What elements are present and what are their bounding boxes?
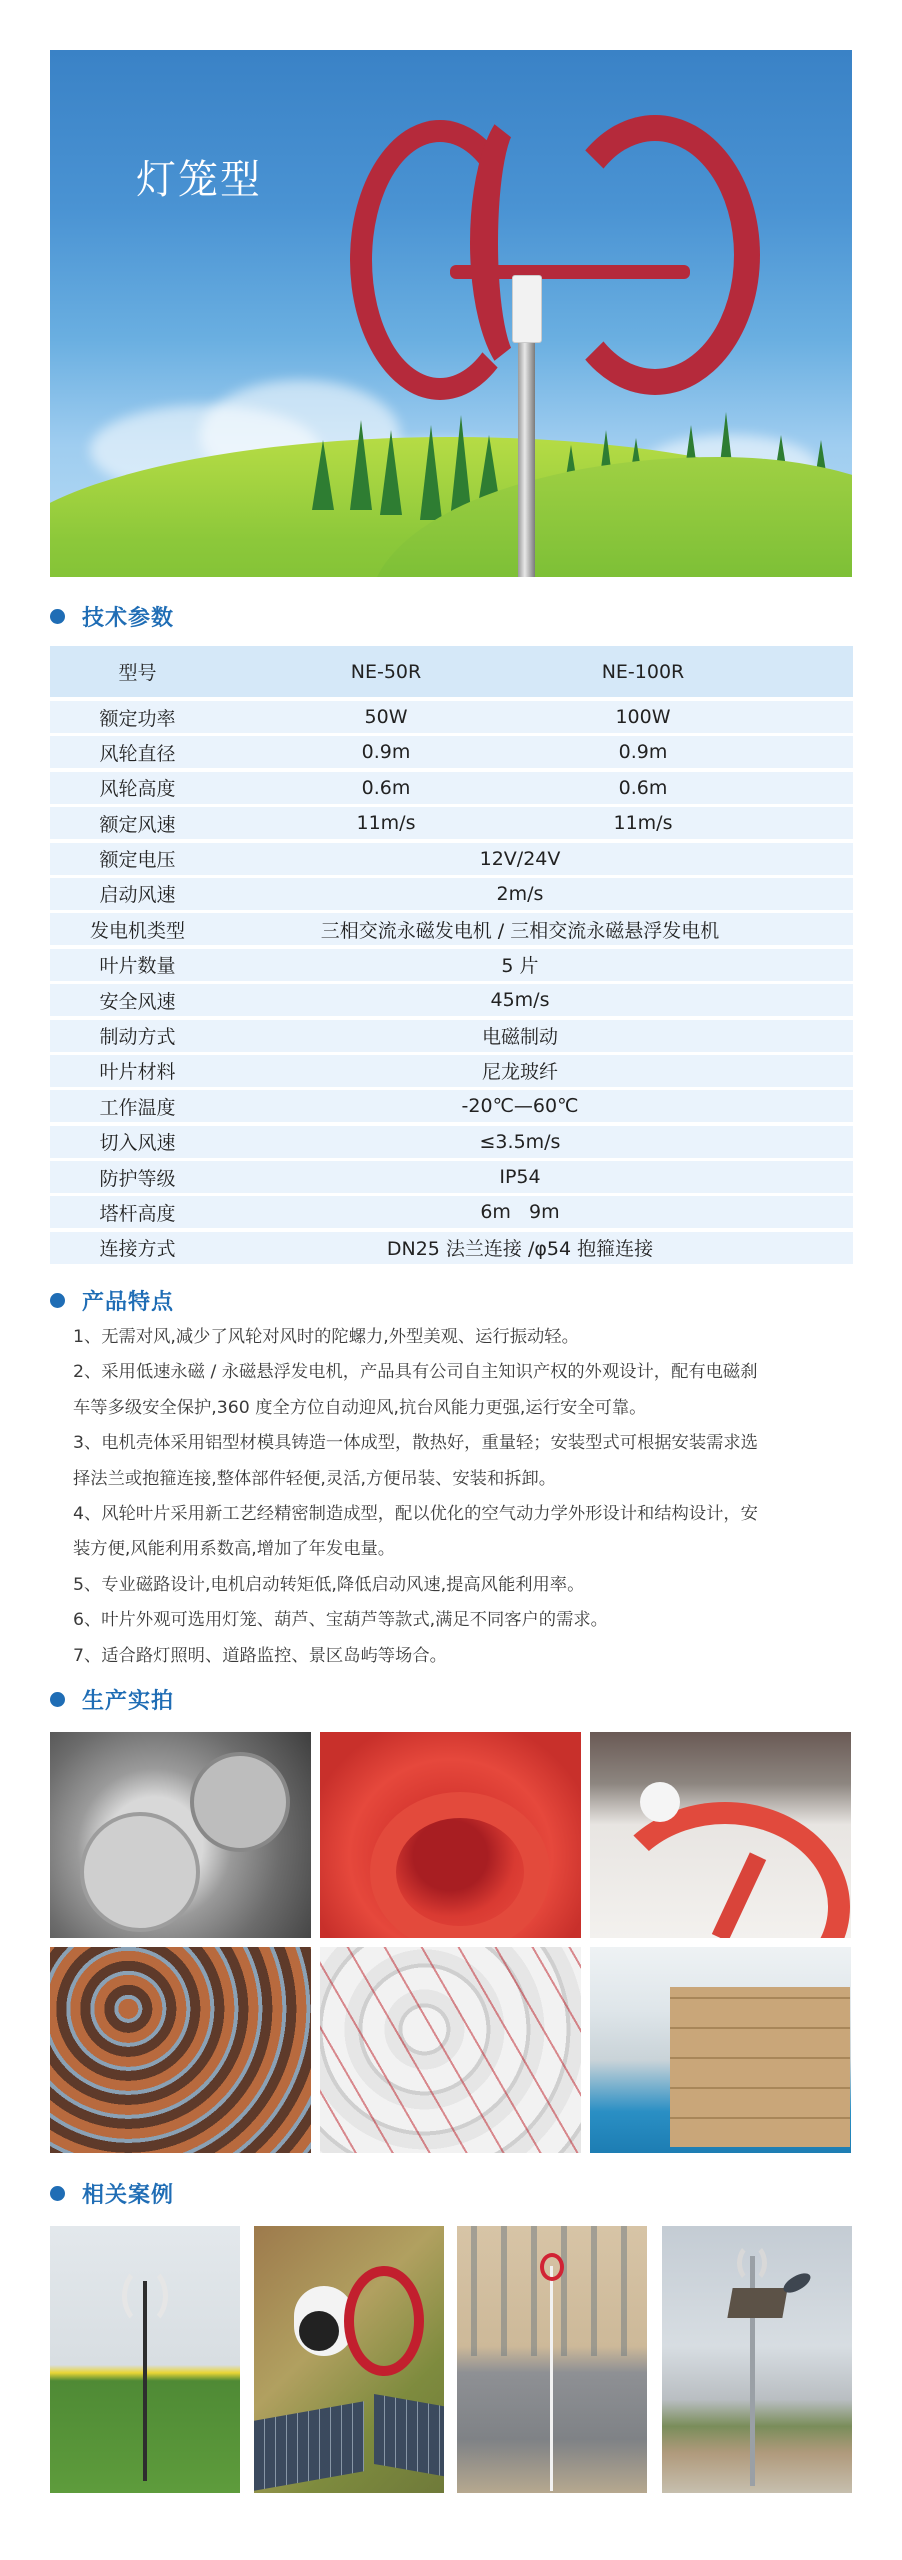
bullet-icon (50, 609, 65, 624)
row-value-1: 0.6m (225, 777, 547, 799)
table-row: 防护等级 IP54 (50, 1161, 853, 1193)
row-label: 安全风速 (50, 987, 225, 1014)
section-title: 技术参数 (82, 601, 174, 632)
row-value: IP54 (225, 1166, 815, 1188)
row-label: 叶片材料 (50, 1057, 225, 1084)
row-label: 叶片数量 (50, 951, 225, 978)
section-title: 相关案例 (82, 2178, 174, 2209)
section-cases: 相关案例 (50, 2178, 174, 2209)
row-value-2: 0.9m (547, 741, 739, 763)
row-value: 6m 9m (225, 1201, 815, 1223)
case-photo-camera (254, 2226, 444, 2493)
row-label: 风轮直径 (50, 739, 225, 766)
row-value-2: 0.6m (547, 777, 739, 799)
feature-line: 2、采用低速永磁 / 永磁悬浮发电机，产品具有公司自主知识产权的外观设计，配有电… (73, 1355, 863, 1390)
row-value: 5 片 (225, 951, 815, 978)
table-row: 切入风速 ≤3.5m/s (50, 1126, 853, 1158)
table-row: 发电机类型 三相交流永磁发电机 / 三相交流永磁悬浮发电机 (50, 913, 853, 945)
row-value: 电磁制动 (225, 1022, 815, 1049)
photo-motor-housings (50, 1732, 311, 1938)
table-row: 风轮直径 0.9m 0.9m (50, 736, 853, 768)
case-photo-street-light (662, 2226, 852, 2493)
header-label: 型号 (50, 658, 225, 685)
row-value-1: 50W (225, 706, 547, 728)
row-label: 防护等级 (50, 1164, 225, 1191)
spec-table: 型号 NE-50R NE-100R 额定功率 50W 100W 风轮直径 0.9… (50, 646, 853, 1267)
table-row: 工作温度 -20℃—60℃ (50, 1090, 853, 1122)
row-label: 切入风速 (50, 1128, 225, 1155)
table-row: 风轮高度 0.6m 0.6m (50, 772, 853, 804)
case-photo-garden (50, 2226, 240, 2493)
photo-stator-windings (50, 1947, 311, 2153)
table-row: 叶片材料 尼龙玻纤 (50, 1055, 853, 1087)
row-label: 额定电压 (50, 845, 225, 872)
feature-line: 车等多级安全保护,360 度全方位自动迎风,抗台风能力更强,运行安全可靠。 (73, 1391, 863, 1426)
table-row: 安全风速 45m/s (50, 984, 853, 1016)
row-label: 额定功率 (50, 704, 225, 731)
bullet-icon (50, 1293, 65, 1308)
row-value: 45m/s (225, 989, 815, 1011)
table-row: 额定功率 50W 100W (50, 701, 853, 733)
row-value-1: 11m/s (225, 812, 547, 834)
section-features: 产品特点 (50, 1285, 174, 1316)
row-value: 三相交流永磁发电机 / 三相交流永磁悬浮发电机 (225, 916, 815, 943)
section-tech-params: 技术参数 (50, 601, 174, 632)
features-list: 1、无需对风,减少了风轮对风时的陀螺力,外型美观、运行振动轻。 2、采用低速永磁… (73, 1320, 863, 1674)
section-production: 生产实拍 (50, 1684, 174, 1715)
turbine-blade-right (550, 115, 760, 395)
feature-line: 装方便,风能利用系数高,增加了年发电量。 (73, 1532, 863, 1567)
row-value-2: 11m/s (547, 812, 739, 834)
feature-line: 5、专业磁路设计,电机启动转矩低,降低启动风速,提高风能利用率。 (73, 1568, 863, 1603)
row-value: 2m/s (225, 883, 815, 905)
table-row: 塔杆高度 6m 9m (50, 1196, 853, 1228)
photo-worker-blade (590, 1732, 851, 1938)
row-value-2: 100W (547, 706, 739, 728)
table-header-row: 型号 NE-50R NE-100R (50, 646, 853, 697)
row-label: 连接方式 (50, 1234, 225, 1261)
row-label: 额定风速 (50, 810, 225, 837)
hero-title: 灯笼型 (136, 148, 262, 205)
feature-line: 6、叶片外观可选用灯笼、葫芦、宝葫芦等款式,满足不同客户的需求。 (73, 1603, 863, 1638)
row-label: 风轮高度 (50, 774, 225, 801)
photo-generators (320, 1947, 581, 2153)
bullet-icon (50, 1692, 65, 1707)
row-value: ≤3.5m/s (225, 1131, 815, 1153)
table-row: 启动风速 2m/s (50, 878, 853, 910)
case-photo-building (457, 2226, 647, 2493)
feature-line: 3、电机壳体采用铝型材模具铸造一体成型，散热好，重量轻；安装型式可根据安装需求选 (73, 1426, 863, 1461)
photo-red-blades (320, 1732, 581, 1938)
row-value: 尼龙玻纤 (225, 1057, 815, 1084)
header-model-1: NE-50R (225, 661, 547, 683)
row-value-1: 0.9m (225, 741, 547, 763)
hero-banner: 灯笼型 (50, 50, 852, 577)
feature-line: 1、无需对风,减少了风轮对风时的陀螺力,外型美观、运行振动轻。 (73, 1320, 863, 1355)
table-row: 连接方式 DN25 法兰连接 /φ54 抱箍连接 (50, 1232, 853, 1264)
table-row: 额定电压 12V/24V (50, 843, 853, 875)
row-label: 发电机类型 (50, 916, 225, 943)
row-value: 12V/24V (225, 848, 815, 870)
section-title: 生产实拍 (82, 1684, 174, 1715)
table-row: 额定风速 11m/s 11m/s (50, 807, 853, 839)
feature-line: 4、风轮叶片采用新工艺经精密制造成型，配以优化的空气动力学外形设计和结构设计，安 (73, 1497, 863, 1532)
generator (512, 275, 542, 343)
section-title: 产品特点 (82, 1285, 174, 1316)
row-label: 塔杆高度 (50, 1199, 225, 1226)
row-label: 工作温度 (50, 1093, 225, 1120)
row-value: DN25 法兰连接 /φ54 抱箍连接 (225, 1234, 815, 1261)
row-value: -20℃—60℃ (225, 1095, 815, 1117)
turbine-arm (450, 265, 690, 279)
table-row: 叶片数量 5 片 (50, 949, 853, 981)
feature-line: 7、适合路灯照明、道路监控、景区岛屿等场合。 (73, 1639, 863, 1674)
photo-warehouse (590, 1947, 851, 2153)
bullet-icon (50, 2186, 65, 2201)
row-label: 启动风速 (50, 880, 225, 907)
table-row: 制动方式 电磁制动 (50, 1020, 853, 1052)
feature-line: 择法兰或抱箍连接,整体部件轻便,灵活,方便吊装、安装和拆卸。 (73, 1462, 863, 1497)
row-label: 制动方式 (50, 1022, 225, 1049)
header-model-2: NE-100R (547, 661, 739, 683)
